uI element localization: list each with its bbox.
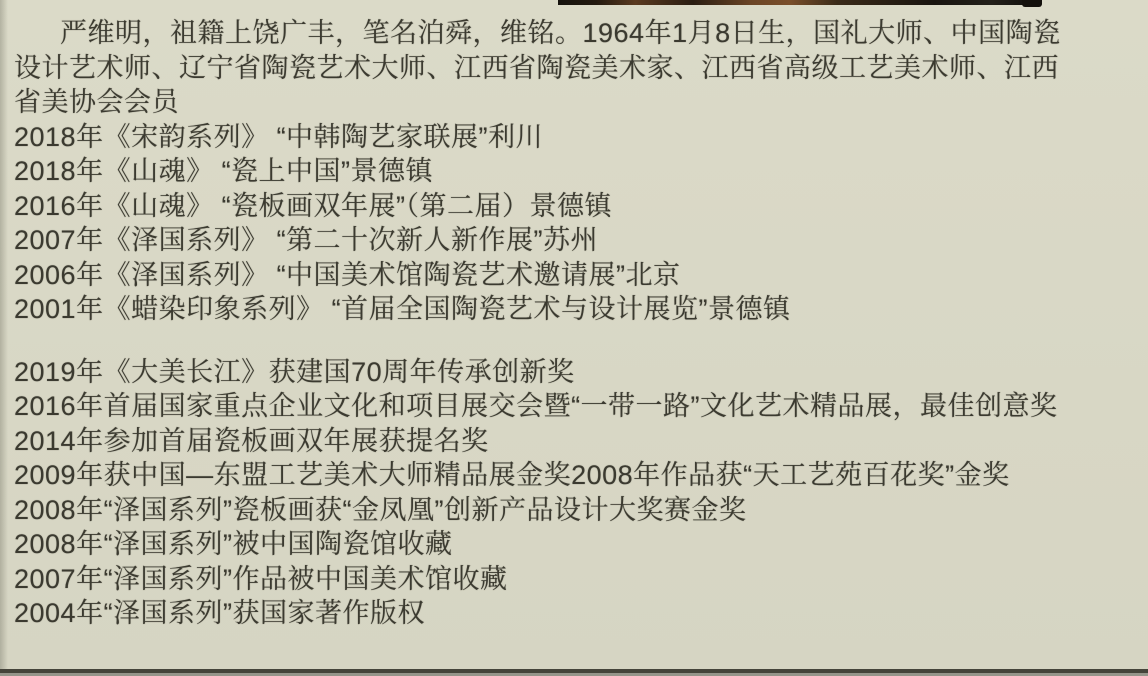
award-line: 2004年“泽国系列”获国家著作版权 [14,596,1138,631]
cropped-photo-edge [558,0,1040,5]
bio-line: 省美协会会员 [14,85,1138,120]
document-page: 严维明，祖籍上饶广丰，笔名泊舜，维铭。1964年1月8日生，国礼大师、中国陶瓷 … [0,0,1148,676]
section-gap [14,327,1138,355]
exhibition-line: 2018年《宋韵系列》 “中韩陶艺家联展”利川 [14,120,1138,155]
award-line: 2009年获中国—东盟工艺美术大师精品展金奖2008年作品获“天工艺苑百花奖”金… [14,458,1138,493]
award-line: 2019年《大美长江》获建国70周年传承创新奖 [14,355,1138,390]
exhibition-line: 2006年《泽国系列》 “中国美术馆陶瓷艺术邀请展”北京 [14,258,1138,293]
bio-line: 设计艺术师、辽宁省陶瓷艺术大师、江西省陶瓷美术家、江西省高级工艺美术师、江西 [14,51,1138,86]
cropped-photo-edge-corner [1022,0,1042,7]
exhibition-line: 2016年《山魂》 “瓷板画双年展”（第二届）景德镇 [14,189,1138,224]
award-line: 2008年“泽国系列”瓷板画获“金凤凰”创新产品设计大奖赛金奖 [14,493,1138,528]
award-line: 2008年“泽国系列”被中国陶瓷馆收藏 [14,527,1138,562]
exhibition-line: 2001年《蜡染印象系列》 “首届全国陶瓷艺术与设计展览”景德镇 [14,292,1138,327]
biography-text-block: 严维明，祖籍上饶广丰，笔名泊舜，维铭。1964年1月8日生，国礼大师、中国陶瓷 … [14,16,1138,631]
left-edge-shadow [0,0,8,676]
award-line: 2014年参加首届瓷板画双年展获提名奖 [14,424,1138,459]
exhibition-line: 2018年《山魂》 “瓷上中国”景德镇 [14,154,1138,189]
award-line: 2007年“泽国系列”作品被中国美术馆收藏 [14,562,1138,597]
award-line: 2016年首届国家重点企业文化和项目展交会暨“一带一路”文化艺术精品展，最佳创意… [14,389,1138,424]
bio-line: 严维明，祖籍上饶广丰，笔名泊舜，维铭。1964年1月8日生，国礼大师、中国陶瓷 [14,16,1138,51]
exhibition-line: 2007年《泽国系列》 “第二十次新人新作展”苏州 [14,223,1138,258]
